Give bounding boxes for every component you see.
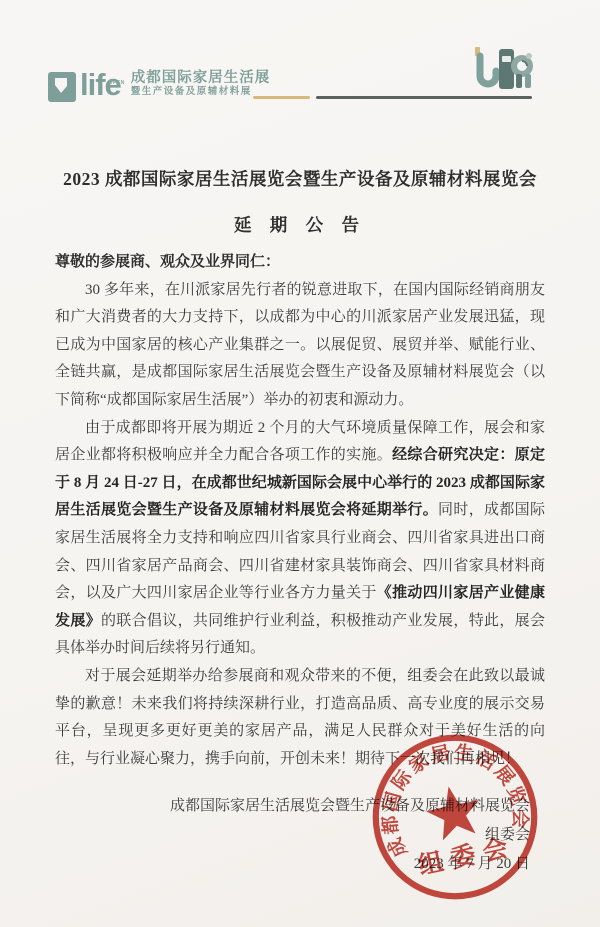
paragraph-1: 30 多年来，在川派家居先行者的锐意进取下，在国内国际经销商朋友和广大消费者的大… (55, 277, 545, 415)
life-wordmark: life OPEN (80, 70, 121, 100)
document-header: life OPEN 成都国际家居生活展 暨生产设备及原辅材料展 (0, 0, 600, 120)
salutation-line: 尊敬的参展商、观众及业界同仁： (55, 249, 545, 277)
logo-cn-line2: 暨生产设备及原辅材料展 (131, 86, 271, 97)
logo-chinese-text: 成都国际家居生活展 暨生产设备及原辅材料展 (131, 70, 271, 97)
notice-title: 2023 成都国际家居生活展览会暨生产设备及原辅材料展览会 延 期 公 告 (0, 166, 600, 237)
signature-org: 成都国际家居生活展览会暨生产设备及原辅材料展览会 (50, 792, 530, 821)
p2-seg5: 的联合倡议，共同维护行业利益，积极推动产业发展，特此，展会具体举办时间后续将另行… (55, 613, 545, 657)
logo-cn-line1: 成都国际家居生活展 (131, 70, 271, 86)
paragraph-2: 由于成都即将开展为期近 2 个月的大气环境质量保障工作，展会和家居企业都将积极响… (55, 415, 545, 663)
announcement-document: life OPEN 成都国际家居生活展 暨生产设备及原辅材料展 2023 成都国… (0, 0, 600, 927)
brand-logo: life OPEN 成都国际家居生活展 暨生产设备及原辅材料展 (48, 70, 270, 102)
header-divider-gold (253, 96, 310, 99)
header-divider-dark (316, 96, 532, 99)
notice-title-line2: 延 期 公 告 (0, 212, 600, 237)
signature-committee: 组委会 (50, 821, 530, 850)
signature-date: 2023 年 7 月 20 日 (50, 850, 530, 879)
paragraph-3: 对于展会延期举办给参展商和观众带来的不便，组委会在此致以最诚挚的歉意！未来我们将… (55, 663, 545, 773)
signature-block: 成都国际家居生活展览会暨生产设备及原辅材料展览会 组委会 2023 年 7 月 … (50, 792, 530, 879)
notice-body: 尊敬的参展商、观众及业界同仁： 30 多年来，在川派家居先行者的锐意进取下，在国… (55, 249, 545, 773)
panda-mascot-graphic (472, 44, 534, 96)
life-logo-icon (48, 72, 76, 102)
notice-title-line1: 2023 成都国际家居生活展览会暨生产设备及原辅材料展览会 (0, 166, 600, 191)
life-wordmark-sup: OPEN (109, 68, 125, 98)
